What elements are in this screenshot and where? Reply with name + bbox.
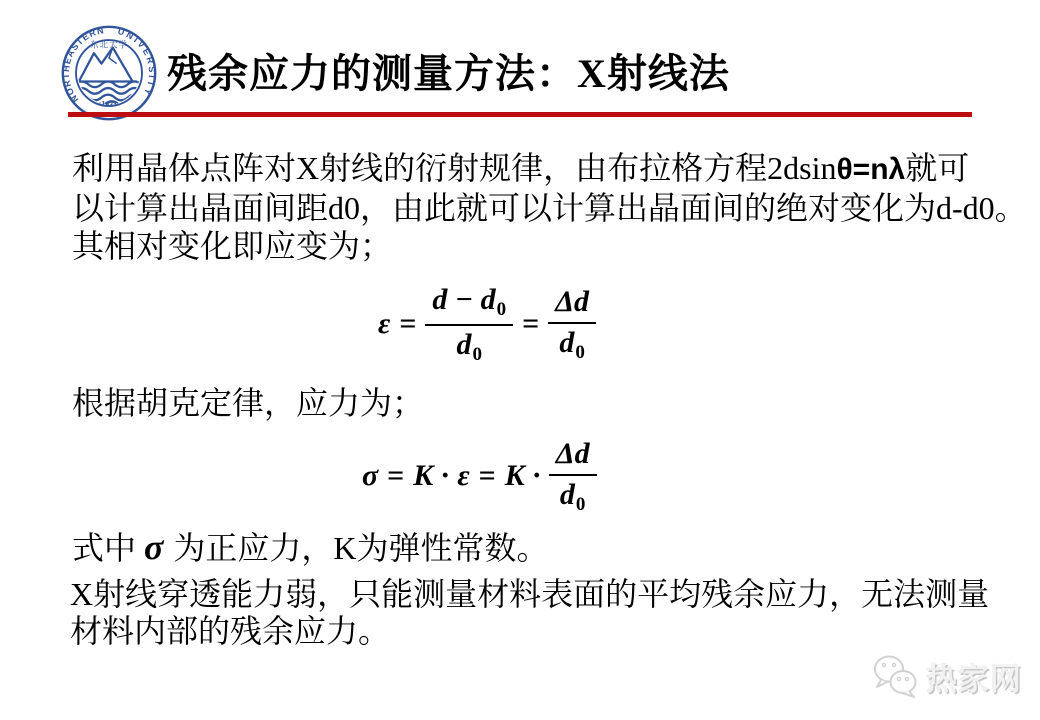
stress-formula: σ = K · ε = K · Δd d0 [362,436,597,516]
title-underline [68,112,972,117]
fraction-delta-d-over-d0: Δd d0 [548,285,596,364]
strain-formula: ε = d − d0 d0 = Δd d0 [378,284,596,364]
fraction-delta-d-over-d0: Δd d0 [549,437,597,516]
paragraph-limitation: X射线穿透能力弱，只能测量材料表面的平均残余应力，无法测量 材料内部的残余应力。 [70,576,989,650]
sigma-symbol: σ [362,459,378,493]
university-logo-icon: NORTHEASTERN UNIVERSITY ·1923· 东北大学 [60,24,158,122]
definition-note: 式中σ为正应力，K为弹性常数。 [72,528,549,567]
page-title: 残余应力的测量方法：X射线法 [167,42,730,99]
paragraph-limitation-line1: X射线穿透能力弱，只能测量材料表面的平均残余应力，无法测量 [70,576,989,613]
paragraph-intro-line3: 其相对变化即应变为； [72,227,1027,265]
paragraph-intro-line2: 以计算出晶面间距d0，由此就可以计算出晶面间的绝对变化为d-d0。 [72,189,1027,227]
bragg-equation-segment: θ=nλ [836,153,905,186]
logo-chinese-name: 东北大学 [90,40,128,50]
epsilon-symbol: ε [457,459,469,493]
slide: NORTHEASTERN UNIVERSITY ·1923· 东北大学 残余应力… [0,0,1040,720]
sigma-symbol: σ [144,527,163,567]
university-logo: NORTHEASTERN UNIVERSITY ·1923· 东北大学 [60,24,158,122]
paragraph-limitation-line2: 材料内部的残余应力。 [70,613,989,650]
hooke-law-intro: 根据胡克定律，应力为； [72,384,424,422]
paragraph-intro-line1: 利用晶体点阵对X射线的衍射规律，由布拉格方程2dsinθ=nλ就可 [72,149,1027,189]
watermark-label: 热家网 [926,654,1022,699]
chat-bubbles-icon [872,654,920,699]
k-constant: K [505,459,525,493]
epsilon-symbol: ε [378,307,390,341]
k-constant: K [413,459,433,493]
fraction-d-minus-d0-over-d0: d − d0 d0 [425,283,513,366]
paragraph-intro: 利用晶体点阵对X射线的衍射规律，由布拉格方程2dsinθ=nλ就可 以计算出晶面… [72,149,1027,265]
watermark: 热家网 [872,654,1022,699]
